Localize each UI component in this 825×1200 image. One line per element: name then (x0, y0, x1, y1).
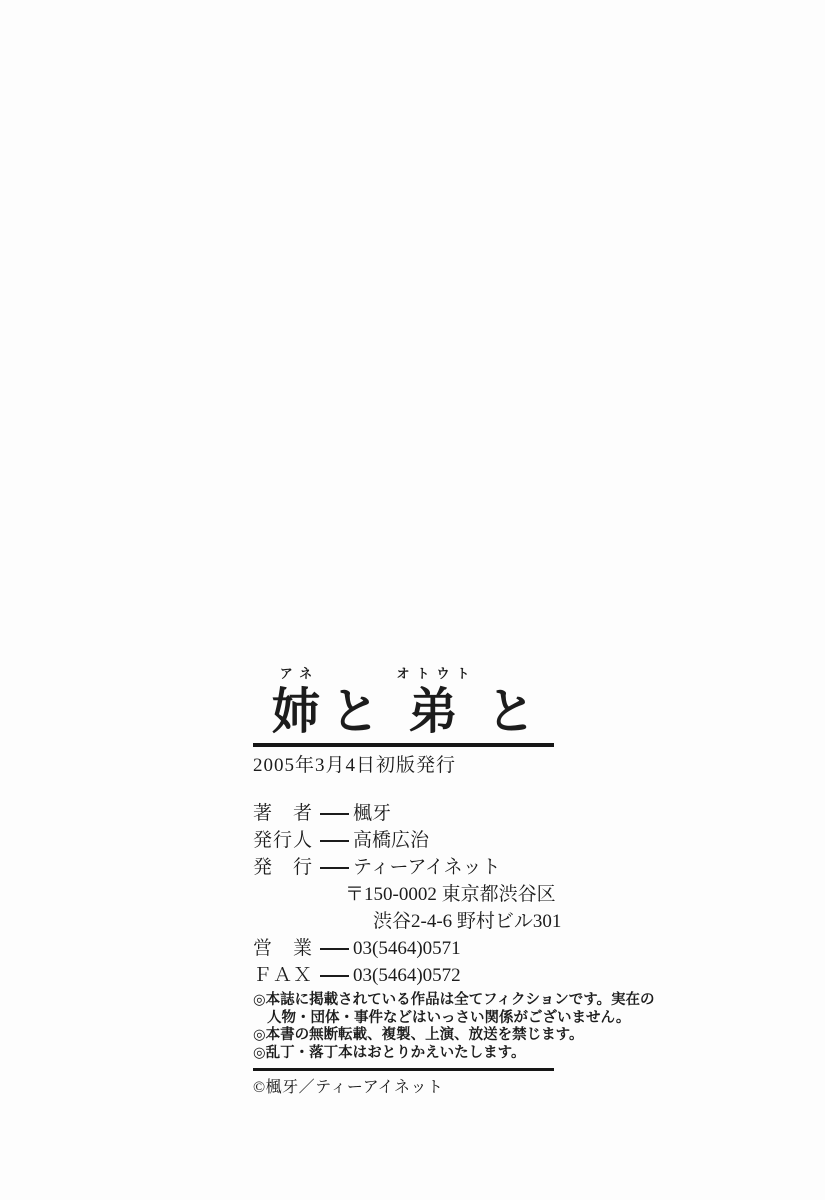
notice-fiction-line1: ◎本誌に掲載されている作品は全てフィクションです。実在の (253, 992, 554, 1010)
title-char: と (487, 684, 536, 740)
contact-label: ＦＡＸ (253, 962, 320, 989)
bottom-divider-rule (253, 1068, 554, 1071)
credit-label: 発行人 (253, 827, 320, 854)
credits-section: 著 者 楓牙 発行人 高橋広治 発 行 ティーアイネット 〒150-0002 東… (253, 800, 554, 989)
contact-row-sales: 営 業 03(5464)0571 (253, 935, 554, 962)
credit-value: 高橋広治 (353, 827, 429, 854)
title-char: と (330, 684, 379, 740)
dash-connector (320, 975, 349, 977)
credit-value: 楓牙 (353, 800, 391, 827)
notice-defective-copies: ◎乱丁・落丁本はおとりかえいたします。 (253, 1045, 554, 1063)
dash-connector (320, 840, 349, 842)
legal-notices: ◎本誌に掲載されている作品は全てフィクションです。実在の 人物・団体・事件などは… (253, 992, 554, 1062)
contact-row-fax: ＦＡＸ 03(5464)0572 (253, 962, 554, 989)
title-divider-rule (253, 743, 554, 747)
title-segment: アネ 姉 (271, 664, 320, 740)
edition-date-line: 2005年3月4日初版発行 (253, 754, 554, 778)
credit-row-publisher-person: 発行人 高橋広治 (253, 827, 554, 854)
dash-connector (320, 948, 349, 950)
title-segment: オトウト 弟 (390, 664, 477, 740)
furigana-text: オトウト (390, 664, 477, 684)
publisher-address-line1: 〒150-0002 東京都渋谷区 (253, 881, 554, 908)
furigana-text: アネ (273, 664, 319, 684)
copyright-line: ©楓牙／ティーアイネット (253, 1078, 554, 1098)
credit-row-author: 著 者 楓牙 (253, 800, 554, 827)
publisher-address-line2: 渋谷2-4-6 野村ビル301 (253, 908, 554, 935)
title-segment: と (487, 664, 536, 740)
scanned-colophon-page: アネ 姉 と オトウト 弟 と 2005年3月4日初版発行 著 者 (0, 0, 825, 1200)
book-title: アネ 姉 と オトウト 弟 と (253, 664, 554, 740)
title-char: 姉 (271, 684, 320, 740)
contact-label: 営 業 (253, 935, 320, 962)
credit-label: 著 者 (253, 800, 320, 827)
contact-value: 03(5464)0572 (353, 962, 461, 989)
dash-connector (320, 813, 349, 815)
notice-fiction-line2: 人物・団体・事件などはいっさい関係がございません。 (253, 1010, 554, 1028)
dash-connector (320, 867, 349, 869)
contact-value: 03(5464)0571 (353, 935, 461, 962)
colophon-block: アネ 姉 と オトウト 弟 と 2005年3月4日初版発行 著 者 (253, 664, 554, 1098)
credit-value: ティーアイネット (353, 854, 501, 881)
notice-no-reproduction: ◎本書の無断転載、複製、上演、放送を禁じます。 (253, 1027, 554, 1045)
title-char: 弟 (409, 684, 458, 740)
credit-row-publisher-company: 発 行 ティーアイネット (253, 854, 554, 881)
credit-label: 発 行 (253, 854, 320, 881)
title-segment: と (330, 664, 379, 740)
